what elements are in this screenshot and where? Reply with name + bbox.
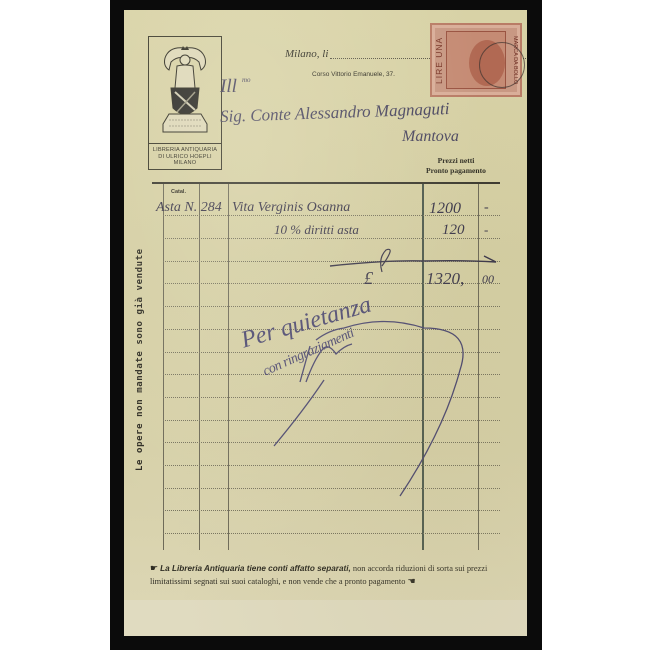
pointing-hand-left-icon: ☚ bbox=[407, 576, 415, 586]
footer-notice: ☛ La Libreria Antiquaria tiene conti aff… bbox=[150, 562, 502, 588]
pointing-hand-right-icon: ☛ bbox=[150, 563, 158, 573]
invoice-document: LIBRERIA ANTIQUARIA DI ULRICO HOEPLI MIL… bbox=[124, 10, 527, 636]
footer-bold-text: La Libreria Antiquaria tiene conti affat… bbox=[160, 564, 351, 573]
